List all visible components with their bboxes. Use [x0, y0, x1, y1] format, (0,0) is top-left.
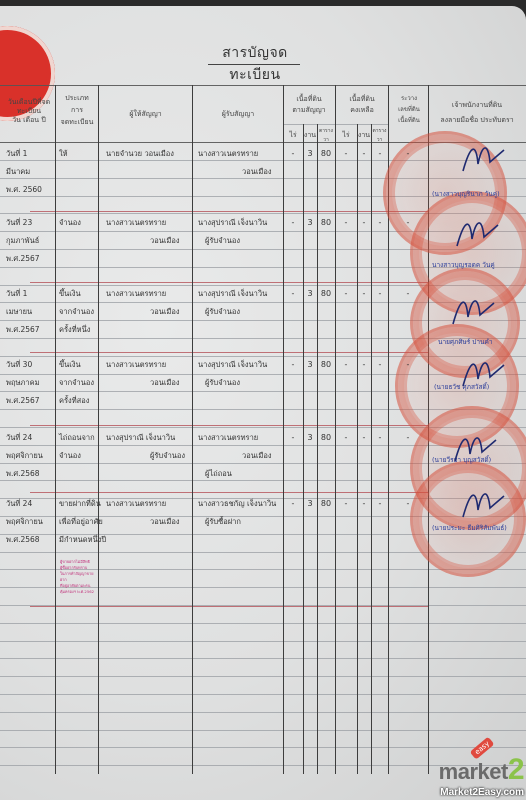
ruled-line — [0, 658, 526, 659]
entry-grantee-line2: วอนเมือง — [242, 451, 272, 460]
entry-grantor: นางสาวเนตรทราย — [106, 499, 166, 508]
remaining-rai: - — [338, 433, 354, 442]
officer-name: (นางสาวบุญรินาภ วันคู่) — [432, 189, 500, 199]
entry-type: ครั้งที่สอง — [59, 396, 89, 405]
remaining-ngan: - — [356, 360, 372, 369]
watermark-brand: market — [439, 759, 508, 784]
remaining-rai: - — [338, 360, 354, 369]
entry-date: พ.ศ.2567 — [6, 254, 40, 263]
entry-type: จำนอง — [59, 451, 81, 460]
parcel-no: - — [400, 218, 416, 227]
remaining-ngan: - — [356, 499, 372, 508]
remaining-sqwa: - — [372, 289, 388, 298]
entry-type: จากจำนอง — [59, 378, 94, 387]
signature-icon — [452, 211, 502, 251]
remaining-sqwa: - — [372, 149, 388, 158]
entry-type: ครั้งที่หนึ่ง — [59, 325, 90, 334]
remaining-sqwa: - — [372, 218, 388, 227]
area-sqwa: 80 — [318, 218, 334, 227]
entry-date: มีนาคม — [6, 167, 30, 176]
header-area-remaining-2: คงเหลือ — [336, 106, 388, 115]
condition-stamp-line: คุ้มครองฯ พ.ศ.2562 — [60, 589, 96, 595]
entry-type: ให้ — [59, 149, 68, 158]
remaining-sqwa: - — [372, 499, 388, 508]
parcel-no: - — [400, 149, 416, 158]
remaining-ngan: - — [356, 218, 372, 227]
area-rai: - — [285, 360, 301, 369]
area-sqwa: 80 — [318, 360, 334, 369]
ruled-line — [0, 676, 526, 677]
header-rai-2: ไร่ — [336, 131, 356, 140]
area-ngan: 3 — [302, 433, 318, 442]
header-type-2: การ — [56, 106, 98, 115]
remaining-sqwa: - — [372, 360, 388, 369]
header-ngan-2: งาน — [357, 131, 371, 140]
area-rai: - — [285, 218, 301, 227]
entry-date: วันที่ 23 — [6, 218, 32, 227]
ruled-line — [0, 712, 526, 713]
officer-name: (นายประมะ ธีมศิริสัมพันธ์) — [432, 523, 507, 533]
entry-grantor: นางสุปราณี เจ็งนาวิน — [106, 433, 175, 442]
header-officer-1: เจ้าพนักงานที่ดิน — [430, 101, 524, 110]
signature-icon — [458, 482, 508, 522]
signature-icon — [458, 351, 508, 391]
remaining-rai: - — [338, 149, 354, 158]
officer-name: นางสาวบุญรอดค วันคู่ — [432, 260, 495, 270]
area-rai: - — [285, 289, 301, 298]
area-rai: - — [285, 433, 301, 442]
area-sqwa: 80 — [318, 433, 334, 442]
entry-grantee: นางสุปราณี เจ็งนาวิน — [198, 218, 267, 227]
entry-date: วันที่ 30 — [6, 360, 32, 369]
condition-stamp-line: ในการทำสัญญาขายฝาก — [60, 571, 96, 583]
entry-type: ขึ้นเงิน — [59, 289, 81, 298]
area-sqwa: 80 — [318, 149, 334, 158]
entry-grantor: นางสาวเนตรทราย — [106, 218, 166, 227]
watermark: easy market2 Market2Easy.com — [439, 753, 524, 798]
remaining-ngan: - — [356, 433, 372, 442]
watermark-brand-num: 2 — [508, 753, 524, 786]
entry-type: จากจำนอง — [59, 307, 94, 316]
header-period-1: ระวาง — [389, 94, 429, 103]
remaining-rai: - — [338, 218, 354, 227]
entry-grantor-line2: วอนเมือง — [150, 378, 180, 387]
entry-divider — [30, 352, 428, 353]
header-type-3: จดทะเบียน — [56, 118, 98, 127]
entry-date: พ.ศ. 2560 — [6, 185, 42, 194]
entry-grantor-line2: วอนเมือง — [150, 236, 180, 245]
entry-type: ไถ่ถอนจาก — [59, 433, 95, 442]
entry-type: เพื่อที่อยู่อาศัย — [59, 517, 103, 526]
header-rule — [0, 85, 526, 86]
remaining-ngan: - — [356, 289, 372, 298]
ruled-line — [0, 641, 526, 642]
header-period-3: เนื้อที่ดิน — [389, 116, 429, 125]
area-ngan: 3 — [302, 360, 318, 369]
remaining-rai: - — [338, 289, 354, 298]
entry-divider — [30, 211, 428, 212]
header-area-contract-2: ตามสัญญา — [284, 106, 334, 115]
header-ngan: งาน — [303, 131, 317, 140]
entry-divider — [30, 492, 428, 493]
entry-date: วันที่ 1 — [6, 289, 27, 298]
header-type-1: ประเภท — [56, 94, 98, 103]
title-underline — [208, 64, 300, 65]
header-date: วันเดือนปีที่จดทะเบียน — [4, 98, 54, 116]
entry-grantor-line2: วอนเมือง — [150, 517, 180, 526]
condition-stamp: ผู้ขายฝากไม่มีสิทธิผู้ซื้อฝากรับทราบในกา… — [60, 559, 96, 595]
entry-date: พฤษภาคม — [6, 378, 40, 387]
entry-grantor: นายจำนวย วอนเมือง — [106, 149, 174, 158]
header-date-sub: วัน เดือน ปี — [4, 116, 54, 125]
entry-divider — [30, 425, 428, 426]
entry-date: วันที่ 24 — [6, 433, 32, 442]
ruled-line — [0, 623, 526, 624]
entry-type: มีกำหนดหนึ่งปี — [59, 535, 106, 544]
header-grantor: ผู้ให้สัญญา — [99, 110, 192, 119]
entry-date: วันที่ 24 — [6, 499, 32, 508]
entry-date: เมษายน — [6, 307, 32, 316]
entry-grantor: นางสาวเนตรทราย — [106, 360, 166, 369]
entry-type: ขายฝากที่ดิน — [59, 499, 101, 508]
area-ngan: 3 — [302, 499, 318, 508]
area-rai: - — [285, 499, 301, 508]
entry-grantor-line2: ผู้รับจำนอง — [150, 451, 185, 460]
parcel-no: - — [400, 499, 416, 508]
header-grantee: ผู้รับสัญญา — [193, 110, 283, 119]
entry-grantor: นางสาวเนตรทราย — [106, 289, 166, 298]
entry-grantee-line2: ผู้รับจำนอง — [205, 307, 240, 316]
area-ngan: 3 — [302, 289, 318, 298]
entry-grantee: นางสาวเนตรทราย — [198, 149, 258, 158]
header-rai: ไร่ — [284, 131, 302, 140]
land-registry-page: 2538 สารบัญจดทะเบียน วันเดือนปีที่จดทะเบ… — [0, 6, 526, 800]
remaining-sqwa: - — [372, 433, 388, 442]
area-rai: - — [285, 149, 301, 158]
area-sqwa: 80 — [318, 499, 334, 508]
entry-divider — [30, 282, 428, 283]
entry-divider — [30, 606, 428, 607]
entry-date: พ.ศ.2567 — [6, 325, 40, 334]
area-sqwa: 80 — [318, 289, 334, 298]
header-period-2: เลขที่ดิน — [389, 105, 429, 114]
header-officer-2: ลงลายมือชื่อ ประทับตรา — [430, 116, 524, 125]
area-ngan: 3 — [302, 218, 318, 227]
signature-icon — [448, 289, 498, 329]
parcel-no: - — [400, 433, 416, 442]
entry-date: พ.ศ.2568 — [6, 535, 40, 544]
parcel-no: - — [400, 360, 416, 369]
entry-grantee-line2: ผู้รับจำนอง — [205, 378, 240, 387]
entry-grantee: นางสุปราณี เจ็งนาวิน — [198, 360, 267, 369]
column-line — [335, 85, 336, 774]
entry-type: ขึ้นเงิน — [59, 360, 81, 369]
entry-date: กุมภาพันธ์ — [6, 236, 39, 245]
header-wa-2: ตารางวา — [371, 127, 388, 145]
area-ngan: 3 — [302, 149, 318, 158]
watermark-url: Market2Easy.com — [439, 787, 524, 798]
ruled-line — [0, 747, 526, 748]
entry-date: พฤศจิกายน — [6, 517, 43, 526]
entry-grantee: นางสุปราณี เจ็งนาวิน — [198, 289, 267, 298]
entry-date: พ.ศ.2568 — [6, 469, 40, 478]
entry-grantee-line3: ผู้ไถ่ถอน — [205, 469, 232, 478]
remaining-rai: - — [338, 499, 354, 508]
signature-icon — [458, 136, 508, 176]
entry-type: จำนอง — [59, 218, 81, 227]
entry-grantee: นางสาวธชกัญ เจ็งนาวิน — [198, 499, 276, 508]
header-area-contract-1: เนื้อที่ดิน — [284, 95, 334, 104]
column-line — [192, 85, 193, 774]
header-area-remaining-1: เนื้อที่ดิน — [336, 95, 388, 104]
entry-date: วันที่ 1 — [6, 149, 27, 158]
remaining-ngan: - — [356, 149, 372, 158]
header-wa: ตารางวา — [317, 127, 335, 145]
entry-grantee-line2: วอนเมือง — [242, 167, 272, 176]
entry-date: พ.ศ.2567 — [6, 396, 40, 405]
entry-grantee-line2: ผู้รับจำนอง — [205, 236, 240, 245]
entry-grantee: นางสาวเนตรทราย — [198, 433, 258, 442]
column-line — [55, 85, 56, 774]
officer-name: นายศุภศิษร์ ปานคำ — [438, 337, 493, 347]
entry-date: พฤศจิกายน — [6, 451, 43, 460]
entry-grantor-line2: วอนเมือง — [150, 307, 180, 316]
parcel-no: - — [400, 289, 416, 298]
signature-icon — [450, 426, 500, 466]
column-line — [283, 85, 284, 774]
ruled-line — [0, 730, 526, 731]
column-line — [98, 85, 99, 774]
entry-grantee-line2: ผู้รับซื้อฝาก — [205, 517, 241, 526]
ruled-line — [0, 694, 526, 695]
